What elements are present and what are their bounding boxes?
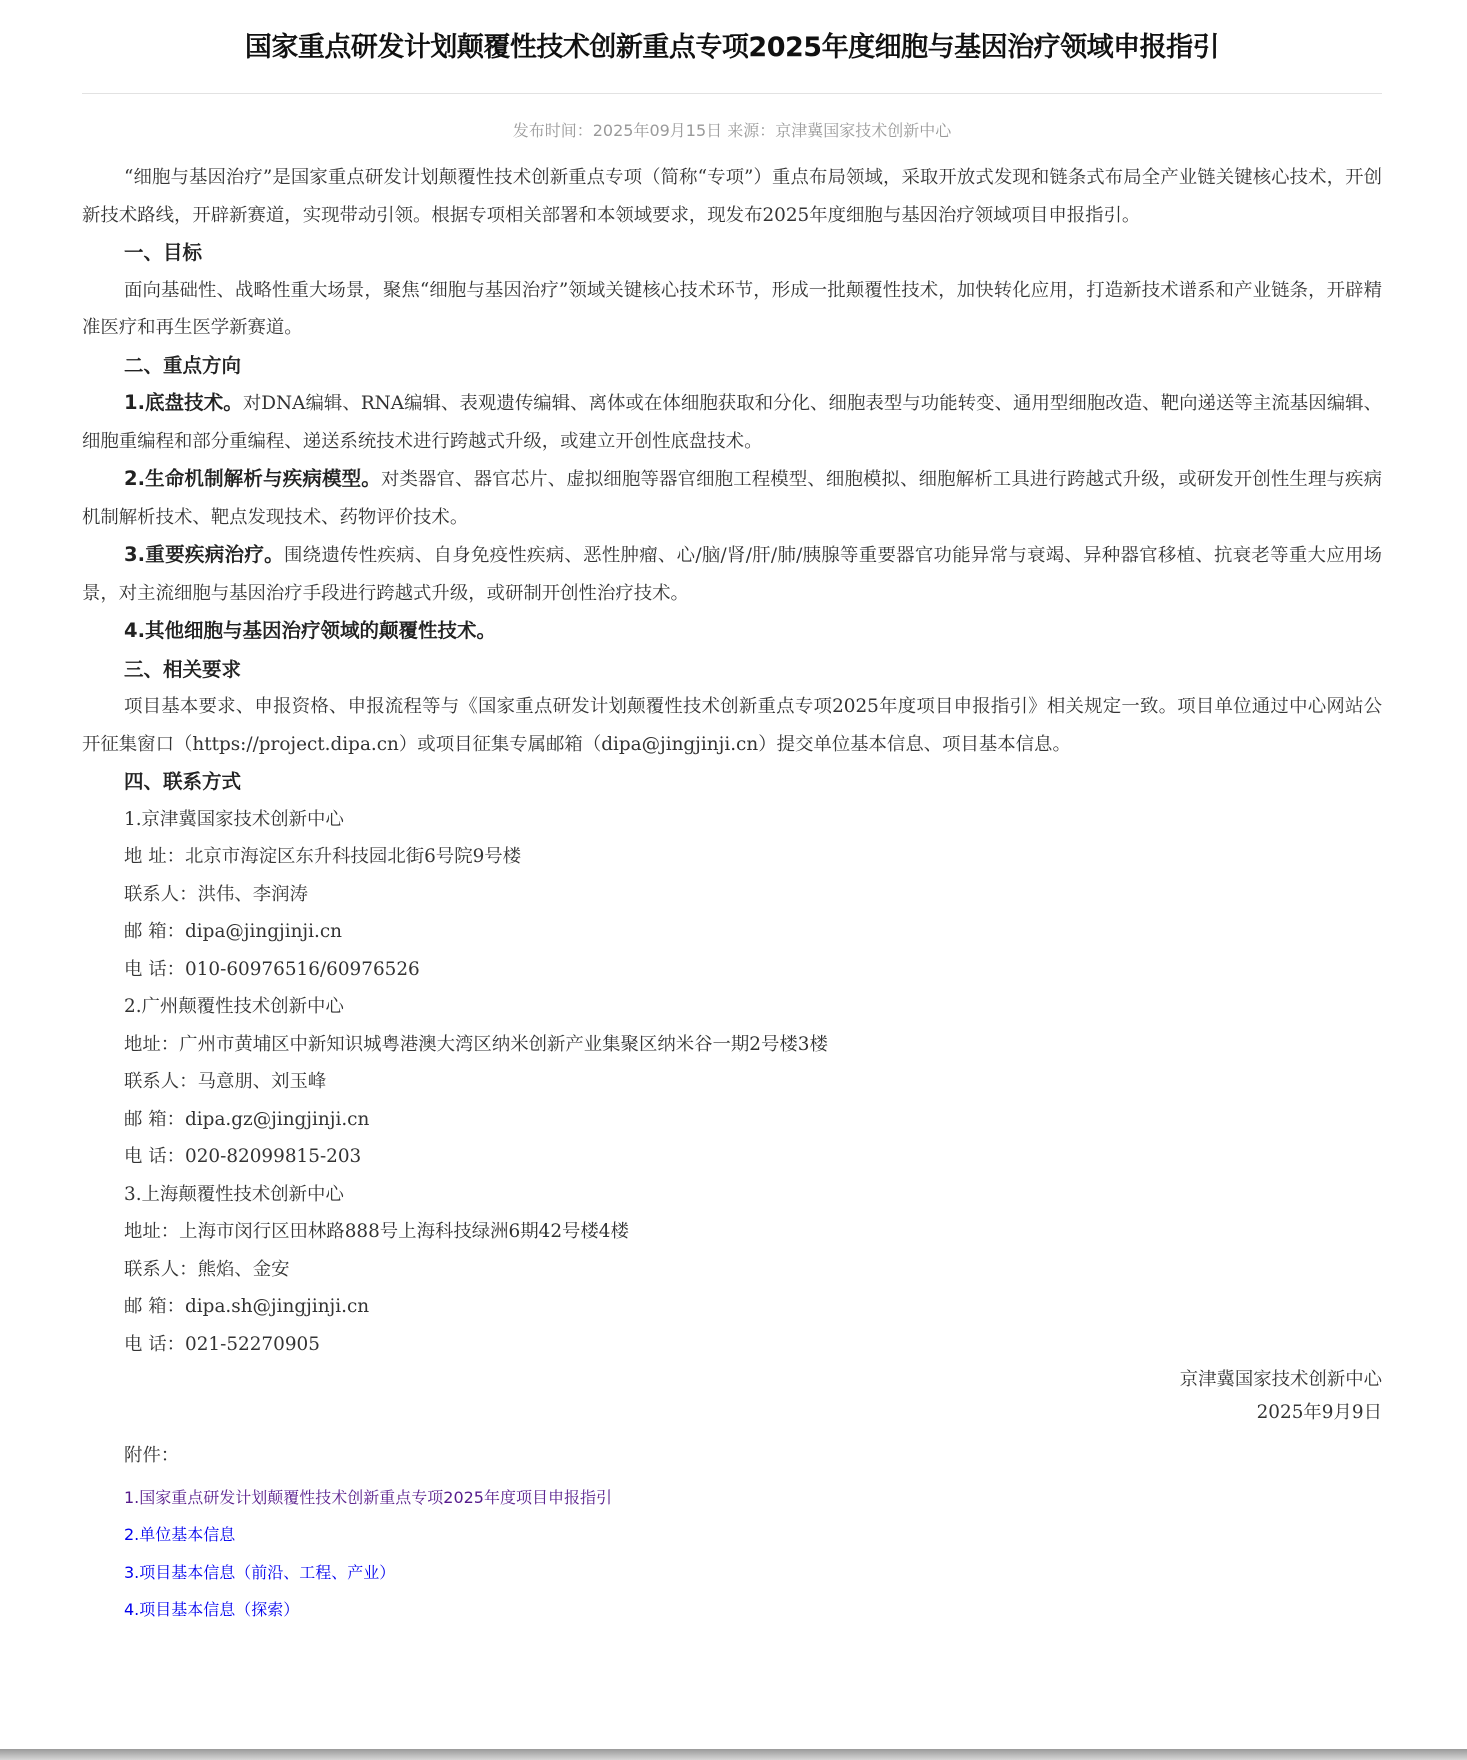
page-title: 国家重点研发计划颠覆性技术创新重点专项2025年度细胞与基因治疗领域申报指引 xyxy=(82,0,1382,68)
signature-org: 京津冀国家技术创新中心 xyxy=(82,1363,1382,1396)
contact-email: 邮 箱：dipa@jingjinji.cn xyxy=(82,913,1382,951)
section-heading-directions: 二、重点方向 xyxy=(82,347,1382,385)
direction-lead: 4.其他细胞与基因治疗领域的颠覆性技术。 xyxy=(124,619,496,642)
direction-item: 3.重要疾病治疗。围绕遗传性疾病、自身免疫性疾病、恶性肿瘤、心/脑/肾/肝/肺/… xyxy=(82,536,1382,612)
contact-address: 地 址：北京市海淀区东升科技园北街6号院9号楼 xyxy=(82,838,1382,876)
direction-lead: 1.底盘技术。 xyxy=(124,391,243,414)
contact-people: 联系人：熊焰、金安 xyxy=(82,1251,1382,1289)
source-name: 京津冀国家技术创新中心 xyxy=(775,121,951,140)
contact-block: 3.上海颠覆性技术创新中心 地址：上海市闵行区田林路888号上海科技绿洲6期42… xyxy=(82,1176,1382,1364)
contact-email: 邮 箱：dipa.gz@jingjinji.cn xyxy=(82,1101,1382,1139)
contact-org-name: 2.广州颠覆性技术创新中心 xyxy=(82,988,1382,1026)
contact-people: 联系人：洪伟、李润涛 xyxy=(82,876,1382,914)
contact-org-name: 1.京津冀国家技术创新中心 xyxy=(82,801,1382,839)
goals-paragraph: 面向基础性、战略性重大场景，聚焦“细胞与基因治疗”领域关键核心技术环节，形成一批… xyxy=(82,272,1382,347)
contact-address: 地址：上海市闵行区田林路888号上海科技绿洲6期42号楼4楼 xyxy=(82,1213,1382,1251)
attachment-link-guide[interactable]: 1.国家重点研发计划颠覆性技术创新重点专项2025年度项目申报指引 xyxy=(124,1479,612,1517)
contact-address: 地址：广州市黄埔区中新知识城粤港澳大湾区纳米创新产业集聚区纳米谷一期2号楼3楼 xyxy=(82,1026,1382,1064)
contact-block: 1.京津冀国家技术创新中心 地 址：北京市海淀区东升科技园北街6号院9号楼 联系… xyxy=(82,801,1382,989)
attachments-label: 附件： xyxy=(82,1437,1382,1475)
direction-lead: 3.重要疾病治疗。 xyxy=(124,543,284,566)
article-meta: 发布时间：2025年09月15日 来源：京津冀国家技术创新中心 xyxy=(82,119,1382,143)
contact-phone: 电 话：010-60976516/60976526 xyxy=(82,951,1382,989)
article: 国家重点研发计划颠覆性技术创新重点专项2025年度细胞与基因治疗领域申报指引 发… xyxy=(82,0,1382,1629)
contact-block: 2.广州颠覆性技术创新中心 地址：广州市黄埔区中新知识城粤港澳大湾区纳米创新产业… xyxy=(82,988,1382,1176)
direction-item: 1.底盘技术。对DNA编辑、RNA编辑、表观遗传编辑、离体或在体细胞获取和分化、… xyxy=(82,384,1382,460)
attachment-link-unit-info[interactable]: 2.单位基本信息 xyxy=(124,1516,235,1554)
attachments-list: 1.国家重点研发计划颠覆性技术创新重点专项2025年度项目申报指引 2.单位基本… xyxy=(82,1479,1382,1629)
publish-label: 发布时间： xyxy=(513,121,593,140)
section-heading-requirements: 三、相关要求 xyxy=(82,651,1382,689)
section-heading-contacts: 四、联系方式 xyxy=(82,763,1382,801)
signature-date: 2025年9月9日 xyxy=(82,1396,1382,1429)
publish-date: 2025年09月15日 xyxy=(593,121,722,140)
source-label: 来源： xyxy=(727,121,775,140)
attachment-link-project-info-frontier[interactable]: 3.项目基本信息（前沿、工程、产业） xyxy=(124,1554,395,1592)
requirements-paragraph: 项目基本要求、申报资格、申报流程等与《国家重点研发计划颠覆性技术创新重点专项20… xyxy=(82,688,1382,763)
contact-phone: 电 话：021-52270905 xyxy=(82,1326,1382,1364)
attachment-link-project-info-explore[interactable]: 4.项目基本信息（探索） xyxy=(124,1591,299,1629)
title-divider xyxy=(82,93,1382,94)
contact-email: 邮 箱：dipa.sh@jingjinji.cn xyxy=(82,1288,1382,1326)
contact-phone: 电 话：020-82099815-203 xyxy=(82,1138,1382,1176)
intro-paragraph: “细胞与基因治疗”是国家重点研发计划颠覆性技术创新重点专项（简称“专项”）重点布… xyxy=(82,159,1382,234)
direction-lead: 2.生命机制解析与疾病模型。 xyxy=(124,467,381,490)
section-heading-goals: 一、目标 xyxy=(82,234,1382,272)
window-bottom-edge xyxy=(0,1749,1467,1760)
article-body: “细胞与基因治疗”是国家重点研发计划颠覆性技术创新重点专项（简称“专项”）重点布… xyxy=(82,159,1382,1475)
direction-text: 对DNA编辑、RNA编辑、表观遗传编辑、离体或在体细胞获取和分化、细胞表型与功能… xyxy=(82,393,1382,452)
direction-item: 2.生命机制解析与疾病模型。对类器官、器官芯片、虚拟细胞等器官细胞工程模型、细胞… xyxy=(82,460,1382,536)
contact-people: 联系人：马意朋、刘玉峰 xyxy=(82,1063,1382,1101)
direction-item: 4.其他细胞与基因治疗领域的颠覆性技术。 xyxy=(82,612,1382,651)
contact-org-name: 3.上海颠覆性技术创新中心 xyxy=(82,1176,1382,1214)
